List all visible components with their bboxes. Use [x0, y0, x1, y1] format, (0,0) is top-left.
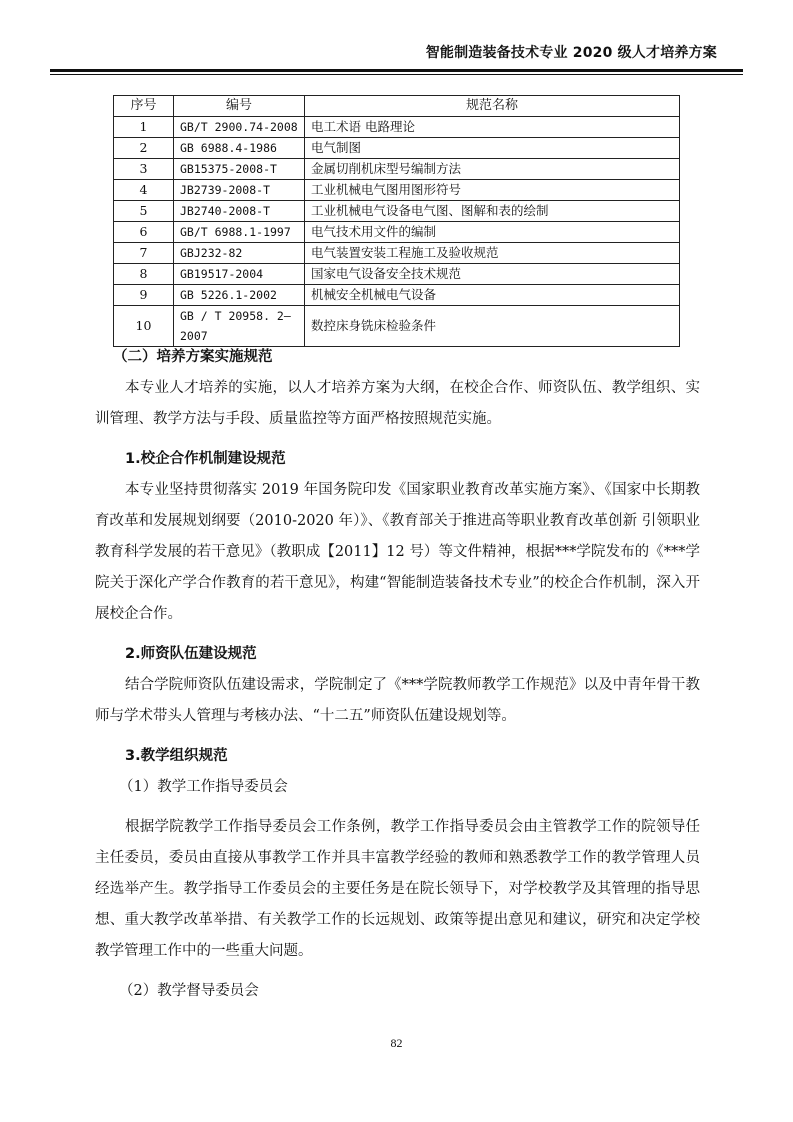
table-row: 3GB15375-2008-T金属切削机床型号编制方法 [114, 159, 680, 180]
row-index: 1 [114, 117, 174, 138]
row-code: GB 5226.1-2002 [174, 285, 305, 306]
row-code: GB/T 6988.1-1997 [174, 222, 305, 243]
row-code: GB/T 2900.74-2008 [174, 117, 305, 138]
row-index: 2 [114, 138, 174, 159]
document-body: （二）培养方案实施规范 本专业人才培养的实施，以人才培养方案为大纲，在校企合作、… [95, 342, 700, 1007]
subsection-heading-school-enterprise: 1.校企合作机制建设规范 [95, 444, 700, 475]
table-row: 8GB19517-2004国家电气设备安全技术规范 [114, 264, 680, 285]
row-name: 电气制图 [305, 138, 680, 159]
row-name: 国家电气设备安全技术规范 [305, 264, 680, 285]
row-code: JB2740-2008-T [174, 201, 305, 222]
table-row: 9GB 5226.1-2002机械安全机械电气设备 [114, 285, 680, 306]
row-code: JB2739-2008-T [174, 180, 305, 201]
row-index: 5 [114, 201, 174, 222]
row-index: 10 [114, 306, 174, 347]
item-heading-supervision-committee: （2）教学督导委员会 [95, 976, 700, 1007]
table-row: 4JB2739-2008-T工业机械电气图用图形符号 [114, 180, 680, 201]
row-code: GB19517-2004 [174, 264, 305, 285]
paragraph-school-enterprise: 本专业坚持贯彻落实 2019 年国务院印发《国家职业教育改革实施方案》、《国家中… [95, 475, 700, 630]
row-name: 数控床身铣床检验条件 [305, 306, 680, 347]
row-index: 4 [114, 180, 174, 201]
row-index: 3 [114, 159, 174, 180]
subsection-heading-teaching-org: 3.教学组织规范 [95, 741, 700, 772]
row-name: 电气技术用文件的编制 [305, 222, 680, 243]
header-rule-thick [50, 69, 743, 72]
row-index: 9 [114, 285, 174, 306]
item-heading-guidance-committee: （1）教学工作指导委员会 [95, 772, 700, 803]
row-name: 工业机械电气图用图形符号 [305, 180, 680, 201]
table-row: 10GB / T 20958. 2—2007数控床身铣床检验条件 [114, 306, 680, 347]
paragraph-faculty: 结合学院师资队伍建设需求，学院制定了《***学院教师教学工作规范》以及中青年骨干… [95, 670, 700, 732]
row-code: GB 6988.4-1986 [174, 138, 305, 159]
row-name: 工业机械电气设备电气图、图解和表的绘制 [305, 201, 680, 222]
header-title: 智能制造装备技术专业 2020 级人才培养方案 [426, 42, 717, 62]
row-code: GBJ232-82 [174, 243, 305, 264]
column-header-index: 序号 [114, 96, 174, 117]
subsection-heading-faculty: 2.师资队伍建设规范 [95, 639, 700, 670]
page-number: 82 [0, 1036, 793, 1051]
row-index: 7 [114, 243, 174, 264]
table-row: 5JB2740-2008-T工业机械电气设备电气图、图解和表的绘制 [114, 201, 680, 222]
row-name: 金属切削机床型号编制方法 [305, 159, 680, 180]
header-rule-thin [50, 74, 743, 75]
row-name: 电工术语 电路理论 [305, 117, 680, 138]
row-name: 电气装置安装工程施工及验收规范 [305, 243, 680, 264]
section-heading-implementation: （二）培养方案实施规范 [95, 342, 700, 373]
column-header-name: 规范名称 [305, 96, 680, 117]
table-row: 2GB 6988.4-1986电气制图 [114, 138, 680, 159]
paragraph-implementation-intro: 本专业人才培养的实施，以人才培养方案为大纲，在校企合作、师资队伍、教学组织、实训… [95, 373, 700, 435]
row-name: 机械安全机械电气设备 [305, 285, 680, 306]
column-header-code: 编号 [174, 96, 305, 117]
row-code: GB / T 20958. 2—2007 [174, 306, 305, 347]
table-row: 6GB/T 6988.1-1997电气技术用文件的编制 [114, 222, 680, 243]
table-header-row: 序号 编号 规范名称 [114, 96, 680, 117]
row-code: GB15375-2008-T [174, 159, 305, 180]
row-index: 8 [114, 264, 174, 285]
table-row: 1GB/T 2900.74-2008电工术语 电路理论 [114, 117, 680, 138]
standards-table: 序号 编号 规范名称 1GB/T 2900.74-2008电工术语 电路理论 2… [113, 95, 680, 347]
row-index: 6 [114, 222, 174, 243]
table-row: 7GBJ232-82电气装置安装工程施工及验收规范 [114, 243, 680, 264]
paragraph-guidance-committee: 根据学院教学工作指导委员会工作条例，教学工作指导委员会由主管教学工作的院领导任主… [95, 812, 700, 967]
